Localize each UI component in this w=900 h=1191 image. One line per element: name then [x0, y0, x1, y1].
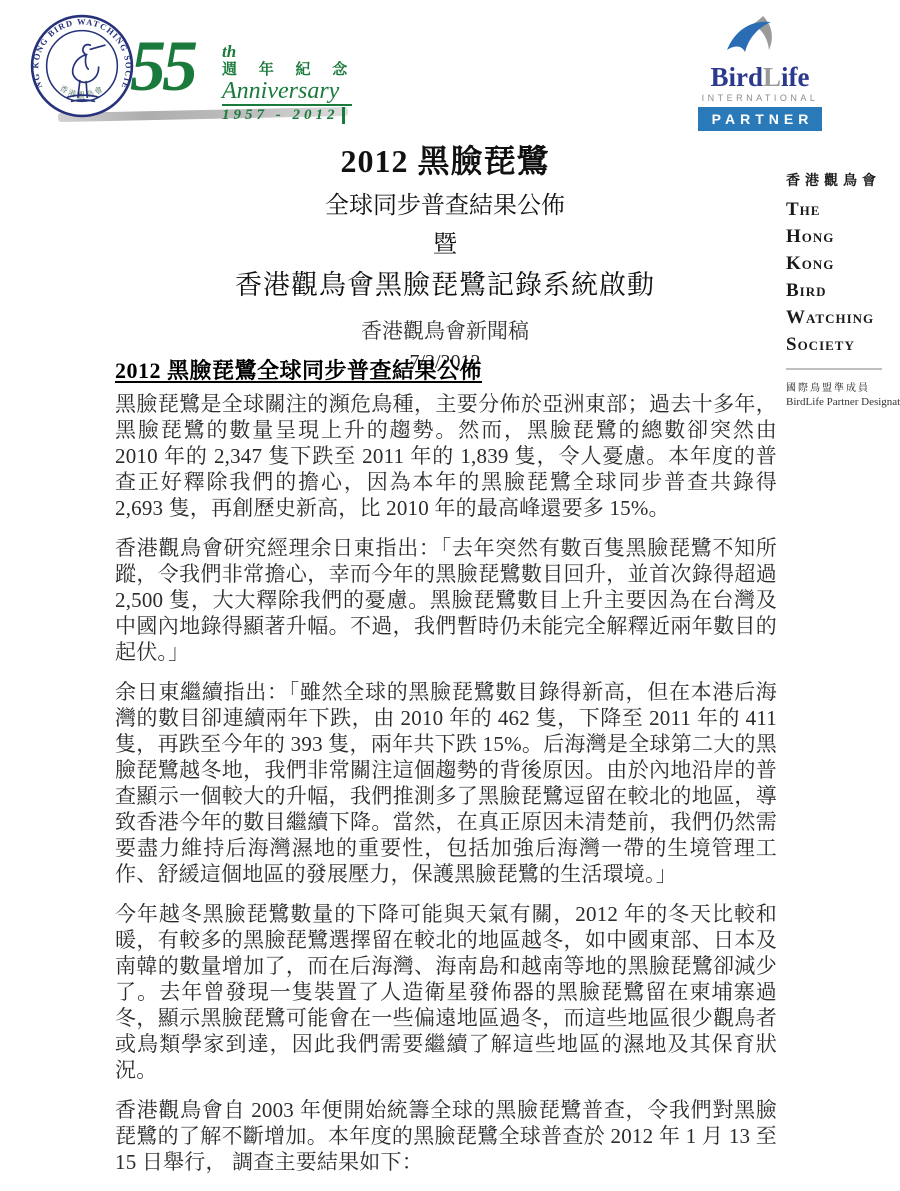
- birdlife-international-label: INTERNATIONAL: [698, 93, 822, 103]
- hkbws-seal-icon: HONG KONG BIRD WATCHING SOCIETY 香港觀鳥會: [30, 14, 134, 118]
- paragraph-census-history: 香港觀鳥會自 2003 年便開始統籌全球的黑臉琵鷺普查，令我們對黑臉琵鷺的了解不…: [115, 1097, 777, 1175]
- press-release-label: 香港觀鳥會新聞稿: [115, 315, 775, 345]
- society-chinese-name: 香港觀鳥會: [786, 170, 894, 190]
- society-en-line: Kong: [786, 250, 894, 277]
- birdlife-partner-badge: PARTNER: [698, 107, 822, 131]
- paragraph-research-manager-quote-2: 余日東繼續指出：「雖然全球的黑臉琵鷺數目錄得新高，但在本港后海灣的數目卻連續兩年…: [115, 679, 777, 887]
- society-en-line: Hong: [786, 223, 894, 250]
- press-release-page: HONG KONG BIRD WATCHING SOCIETY 香港觀鳥會 55…: [0, 0, 900, 1191]
- title-block: 2012 黑臉琵鷺 全球同步普查結果公佈 暨 香港觀鳥會黑臉琵鷺記錄系統啟動 香…: [115, 136, 775, 374]
- society-name-sidebar: 香港觀鳥會 The Hong Kong Bird Watching Societ…: [786, 170, 894, 408]
- birdlife-wordmark: BirdLife: [698, 64, 822, 91]
- subtitle-record-system: 香港觀鳥會黑臉琵鷺記錄系統啟動: [115, 263, 775, 302]
- paragraph-weather-analysis: 今年越冬黑臉琵鷺數量的下降可能與天氣有關，2012 年的冬天比較和暖，有較多的黑…: [115, 901, 777, 1083]
- birdlife-birds-icon: [717, 12, 803, 64]
- hkbws-anniversary-logo: HONG KONG BIRD WATCHING SOCIETY 香港觀鳥會 55…: [28, 12, 358, 127]
- birdlife-word-bird: Bird: [710, 62, 763, 92]
- paragraph-census-overview: 黑臉琵鷺是全球關注的瀕危鳥種，主要分佈於亞洲東部；過去十多年，黑臉琵鷺的數量呈現…: [115, 391, 777, 521]
- birdlife-letter-l: L: [763, 62, 781, 92]
- society-en-line: Watching: [786, 304, 894, 331]
- section-heading: 2012 黑臉琵鷺全球同步普查結果公佈: [115, 354, 777, 385]
- subtitle-and: 暨: [115, 224, 775, 259]
- society-en-line: Society: [786, 331, 894, 358]
- society-en-line: The: [786, 196, 894, 223]
- designate-english-label: BirdLife Partner Designate: [786, 396, 894, 408]
- birdlife-word-ife: ife: [781, 62, 809, 92]
- subtitle-census-results: 全球同步普查結果公佈: [115, 185, 775, 220]
- society-english-name: The Hong Kong Bird Watching Society: [786, 196, 894, 358]
- anniversary-55-mark: 55 th 週 年 紀 念 Anniversary 1957 - 2012: [130, 34, 360, 126]
- designate-chinese-label: 國際鳥盟準成員: [786, 379, 894, 394]
- press-release-body: 2012 黑臉琵鷺全球同步普查結果公佈 黑臉琵鷺是全球關注的瀕危鳥種，主要分佈於…: [115, 354, 777, 1189]
- society-en-line: Bird: [786, 277, 894, 304]
- main-title: 2012 黑臉琵鷺: [115, 136, 775, 182]
- paragraph-research-manager-quote-1: 香港觀鳥會研究經理余日東指出：「去年突然有數百隻黑臉琵鷺不知所蹤，令我們非常擔心…: [115, 535, 777, 665]
- sidebar-divider: [786, 368, 882, 370]
- birdlife-partner-logo: BirdLife INTERNATIONAL PARTNER: [698, 12, 822, 127]
- anniversary-english-label: Anniversary: [222, 79, 352, 106]
- anniversary-55-number: 55: [130, 30, 194, 102]
- anniversary-years: 1957 - 2012: [222, 107, 345, 124]
- anniversary-chinese-label: 週 年 紀 念: [222, 58, 352, 79]
